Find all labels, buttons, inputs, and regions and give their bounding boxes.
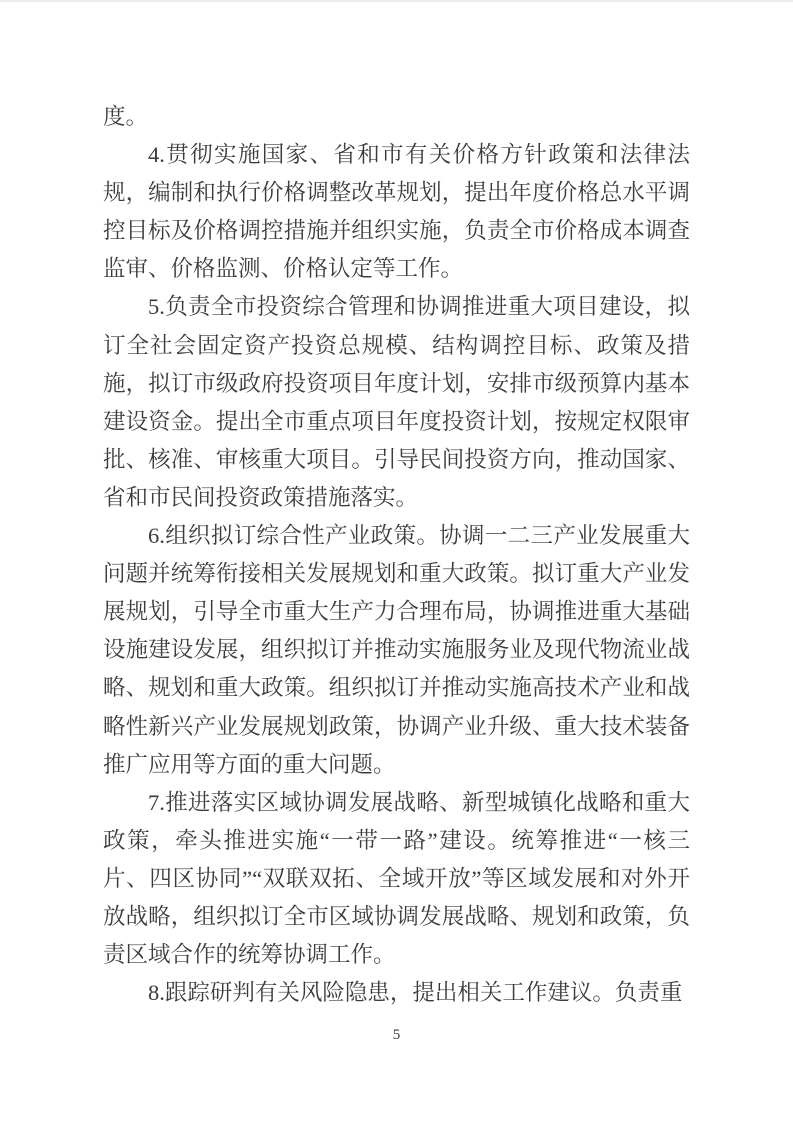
document-page: 度。 4.贯彻实施国家、省和市有关价格方针政策和法律法规，编制和执行价格调整改革… [0, 0, 793, 1122]
paragraph-item-5: 5.负责全市投资综合管理和协调推进重大项目建设，拟订全社会固定资产投资总规模、结… [103, 288, 690, 517]
paragraph-item-8: 8.跟踪研判有关风险隐患，提出相关工作建议。负责重 [103, 974, 690, 1012]
paragraph-item-4: 4.贯彻实施国家、省和市有关价格方针政策和法律法规，编制和执行价格调整改革规划，… [103, 136, 690, 288]
paragraph-item-7: 7.推进落实区域协调发展战略、新型城镇化战略和重大政策，牵头推进实施“一带一路”… [103, 784, 690, 974]
paragraph-item-6: 6.组织拟订综合性产业政策。协调一二三产业发展重大问题并统筹衔接相关发展规划和重… [103, 517, 690, 784]
paragraph-continuation: 度。 [103, 98, 690, 136]
document-body: 度。 4.贯彻实施国家、省和市有关价格方针政策和法律法规，编制和执行价格调整改革… [103, 98, 690, 1012]
page-number: 5 [0, 1025, 793, 1045]
